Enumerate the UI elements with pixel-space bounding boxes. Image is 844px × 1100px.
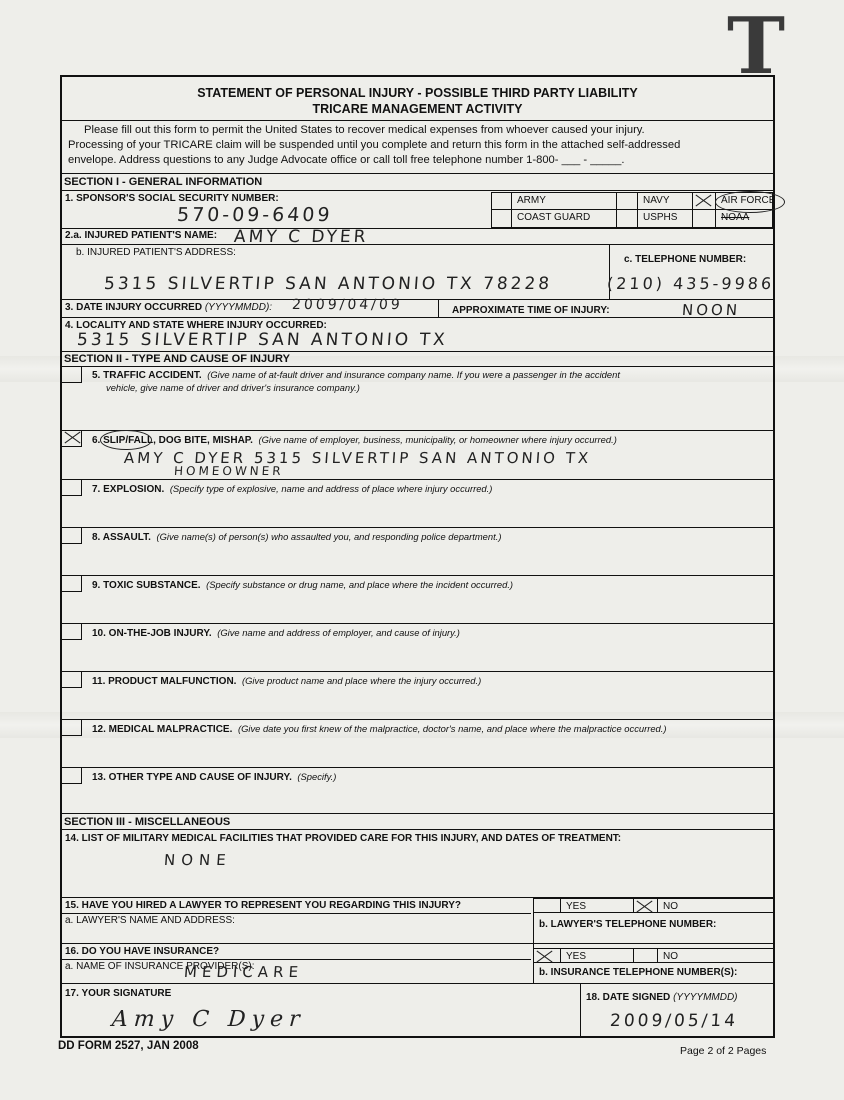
branch-coast-guard: COAST GUARD	[511, 209, 617, 228]
signature-field[interactable]: Amy C Dyer	[111, 1007, 306, 1032]
injury-statement-form: STATEMENT OF PERSONAL INJURY - POSSIBLE …	[60, 75, 775, 1038]
section-2-heading: SECTION II - TYPE AND CAUSE OF INJURY	[64, 353, 290, 365]
lawyer-name-label: a. LAWYER'S NAME AND ADDRESS:	[65, 915, 235, 926]
intro-line-2: Processing of your TRICARE claim will be…	[68, 138, 767, 153]
item-8-label: 8. ASSAULT. (Give name(s) of person(s) w…	[92, 531, 501, 543]
locality-field[interactable]: 5315 SILVERTIP SAN ANTONIO TX	[76, 330, 448, 350]
item-5-hint-cont: vehicle, give name of driver and driver'…	[106, 382, 360, 394]
date-injury-label: 3. DATE INJURY OCCURRED (YYYYMMDD):	[65, 302, 272, 313]
page-number: Page 2 of 2 Pages	[680, 1045, 766, 1057]
item-10-label: 10. ON-THE-JOB INJURY. (Give name and ad…	[92, 627, 460, 639]
facilities-field[interactable]: NONE	[163, 851, 232, 869]
patient-address-label: b. INJURED PATIENT'S ADDRESS:	[76, 247, 236, 258]
intro-line-1: Please fill out this form to permit the …	[68, 123, 767, 138]
lawyer-question-label: 15. HAVE YOU HIRED A LAWYER TO REPRESENT…	[65, 900, 461, 911]
date-signed-label: 18. DATE SIGNED (YYYYMMDD)	[586, 992, 738, 1003]
item-11-label: 11. PRODUCT MALFUNCTION. (Give product n…	[92, 675, 481, 687]
toxic-substance-checkbox[interactable]	[62, 575, 82, 592]
branch-army: ARMY	[511, 192, 617, 210]
noaa-checkbox[interactable]	[692, 209, 716, 228]
insurance-yes-checkbox-checked[interactable]	[533, 948, 561, 963]
air-force-circle-mark	[715, 191, 785, 213]
insurance-yes-label: YES	[560, 948, 634, 963]
item-6-label: 6. SLIP/FALL, DOG BITE, MISHAP. (Give na…	[92, 434, 617, 446]
air-force-checkbox-checked[interactable]	[692, 192, 716, 210]
coast-guard-checkbox[interactable]	[491, 209, 512, 228]
ssn-label: 1. SPONSOR'S SOCIAL SECURITY NUMBER:	[65, 193, 279, 204]
branch-usphs: USPHS	[637, 209, 693, 228]
lawyer-no-checkbox-checked[interactable]	[633, 898, 658, 913]
date-signed-field[interactable]: 2009/05/14	[609, 1011, 738, 1031]
medical-malpractice-checkbox[interactable]	[62, 719, 82, 736]
army-checkbox[interactable]	[491, 192, 512, 210]
form-identifier: DD FORM 2527, JAN 2008	[58, 1040, 199, 1052]
branch-navy: NAVY	[637, 192, 693, 210]
telephone-label: c. TELEPHONE NUMBER:	[624, 254, 746, 265]
signature-label: 17. YOUR SIGNATURE	[65, 988, 171, 999]
form-title: STATEMENT OF PERSONAL INJURY - POSSIBLE …	[62, 85, 773, 101]
item-13-label: 13. OTHER TYPE AND CAUSE OF INJURY. (Spe…	[92, 771, 336, 783]
section-3-heading: SECTION III - MISCELLANEOUS	[64, 816, 230, 828]
traffic-accident-checkbox[interactable]	[62, 366, 82, 383]
lawyer-phone-label: b. LAWYER'S TELEPHONE NUMBER:	[539, 919, 716, 930]
lawyer-no-label: NO	[657, 898, 775, 913]
facilities-label: 14. LIST OF MILITARY MEDICAL FACILITIES …	[65, 833, 621, 844]
item-12-label: 12. MEDICAL MALPRACTICE. (Give date you …	[92, 723, 667, 735]
insurance-provider-field[interactable]: MEDICARE	[183, 963, 303, 981]
insurance-no-checkbox[interactable]	[633, 948, 658, 963]
item-5-label: 5. TRAFFIC ACCIDENT. (Give name of at-fa…	[92, 369, 620, 381]
product-malfunction-checkbox[interactable]	[62, 671, 82, 688]
slip-fall-checkbox-checked[interactable]	[62, 430, 82, 447]
item-7-label: 7. EXPLOSION. (Specify type of explosive…	[92, 483, 492, 495]
other-injury-checkbox[interactable]	[62, 767, 82, 784]
patient-name-label: 2.a. INJURED PATIENT'S NAME:	[65, 230, 217, 241]
usphs-checkbox[interactable]	[616, 209, 638, 228]
item-6-answer-line-2[interactable]: HOMEOWNER	[174, 464, 285, 478]
form-subtitle: TRICARE MANAGEMENT ACTIVITY	[62, 101, 773, 117]
item-9-label: 9. TOXIC SUBSTANCE. (Specify substance o…	[92, 579, 513, 591]
navy-checkbox[interactable]	[616, 192, 638, 210]
date-injury-field[interactable]: 2009/04/09	[291, 297, 403, 313]
corner-mark: T	[727, 14, 785, 80]
explosion-checkbox[interactable]	[62, 479, 82, 496]
lawyer-yes-checkbox[interactable]	[533, 898, 561, 913]
patient-address-field[interactable]: 5315 SILVERTIP SAN ANTONIO TX 78228	[103, 274, 552, 294]
ssn-field[interactable]: 570-09-6409	[176, 204, 333, 226]
lawyer-yes-label: YES	[560, 898, 634, 913]
insurance-question-label: 16. DO YOU HAVE INSURANCE?	[65, 946, 219, 957]
slip-fall-circle-mark	[100, 430, 152, 450]
intro-line-3: envelope. Address questions to any Judge…	[68, 153, 767, 168]
insurance-phone-label: b. INSURANCE TELEPHONE NUMBER(S):	[539, 967, 737, 978]
section-1-heading: SECTION I - GENERAL INFORMATION	[64, 176, 262, 188]
time-injury-label: APPROXIMATE TIME OF INJURY:	[452, 305, 610, 316]
insurance-no-label: NO	[657, 948, 775, 963]
on-the-job-checkbox[interactable]	[62, 623, 82, 640]
branch-of-service-grid: ARMY COAST GUARD NAVY USPHS AIR FORCE NO…	[491, 192, 773, 228]
assault-checkbox[interactable]	[62, 527, 82, 544]
telephone-field[interactable]: (210) 435-9986	[606, 274, 774, 293]
